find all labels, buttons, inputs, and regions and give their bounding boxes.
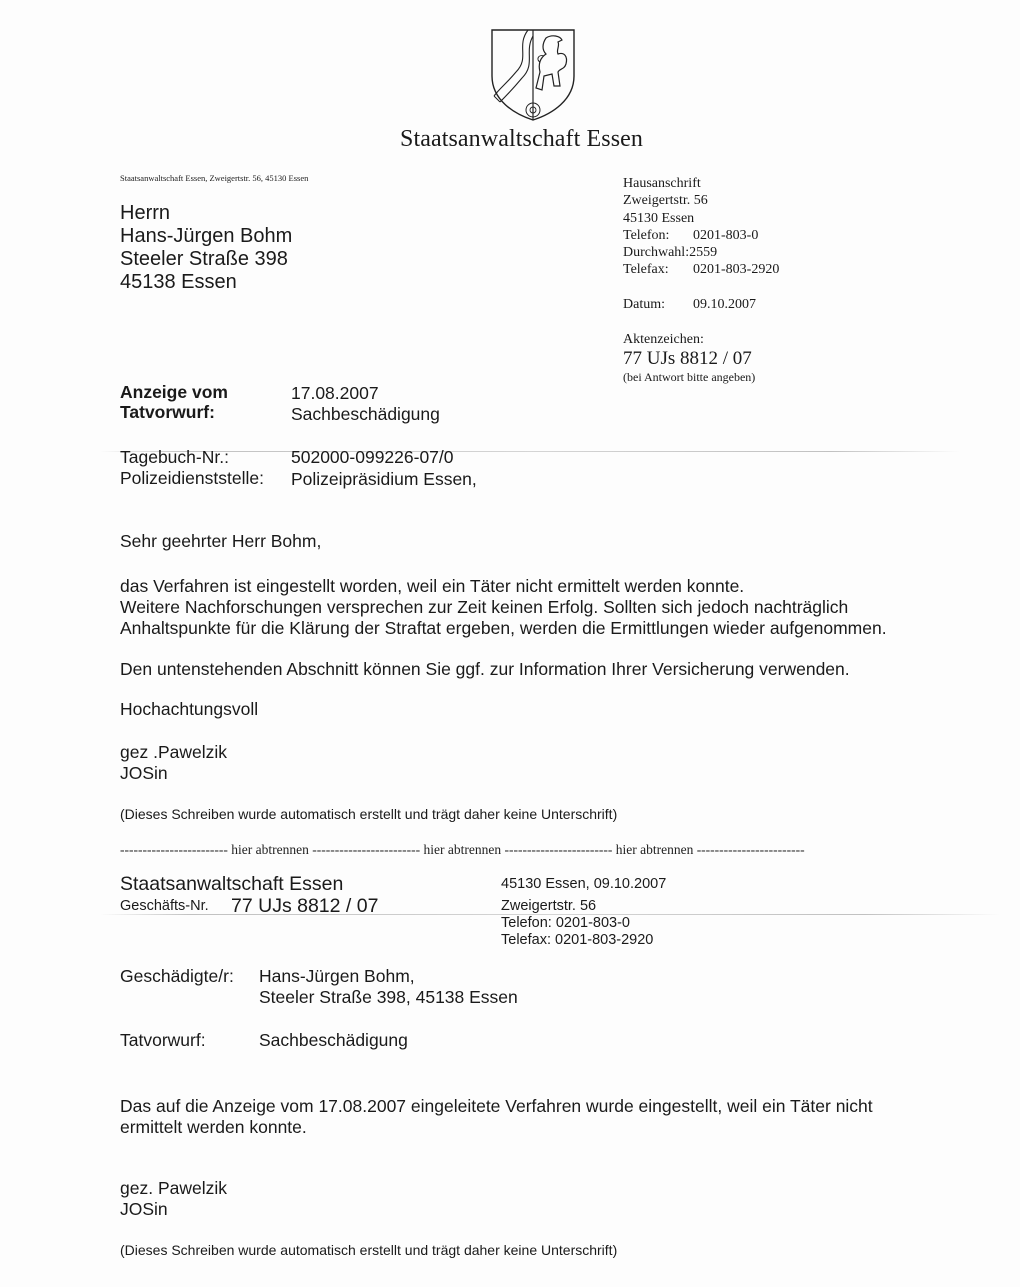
return-address: Staatsanwaltschaft Essen, Zweigertstr. 5… xyxy=(120,173,308,183)
letter-page: Staatsanwaltschaft Essen Staatsanwaltsch… xyxy=(0,0,1020,1287)
diary-label: Tagebuch-Nr.: xyxy=(120,447,229,468)
extension-label: Durchwahl: xyxy=(623,245,689,260)
reference-number: 77 UJs 8812 / 07 xyxy=(623,348,752,370)
auto-generated-note: (Dieses Schreiben wurde automatisch erst… xyxy=(120,806,617,822)
office-heading: Hausanschrift xyxy=(623,175,779,192)
slip-victim-label: Geschädigte/r: xyxy=(120,966,234,987)
scan-artifact-line xyxy=(100,451,960,452)
slip-charge: Sachbeschädigung xyxy=(259,1030,408,1051)
letter-date-row: Datum:09.10.2007 xyxy=(623,297,756,313)
slip-statement-line: ermittelt werden konnte. xyxy=(120,1117,873,1138)
recipient-address: Herrn Hans-Jürgen Bohm Steeler Straße 39… xyxy=(120,202,292,294)
greeting: Sehr geehrter Herr Bohm, xyxy=(120,531,321,552)
paragraph-2: Den untenstehenden Abschnitt können Sie … xyxy=(120,659,850,680)
slip-contact: Zweigertstr. 56 Telefon: 0201-803-0 Tele… xyxy=(501,898,653,949)
phone-label: Telefon: xyxy=(623,227,693,244)
report-label: Anzeige vom xyxy=(120,382,228,403)
signature: gez .Pawelzik JOSin xyxy=(120,742,227,784)
fax-label: Telefax: xyxy=(623,261,693,278)
date-value: 09.10.2007 xyxy=(693,297,756,312)
office-extension-row: Durchwahl:2559 xyxy=(623,244,779,261)
slip-file-label: Geschäfts-Nr. xyxy=(120,898,209,914)
scan-artifact-line xyxy=(100,914,1000,915)
slip-signature-name: gez. Pawelzik xyxy=(120,1178,227,1199)
office-phone-row: Telefon:0201-803-0 xyxy=(623,227,779,244)
police-label: Polizeidienststelle: xyxy=(120,468,264,489)
slip-victim: Hans-Jürgen Bohm, Steeler Straße 398, 45… xyxy=(259,966,518,1008)
slip-victim-name: Hans-Jürgen Bohm, xyxy=(259,966,518,987)
authority-title: Staatsanwaltschaft Essen xyxy=(400,126,643,153)
date-label: Datum: xyxy=(623,297,693,313)
slip-charge-label: Tatvorwurf: xyxy=(120,1030,206,1051)
slip-place-date: 45130 Essen, 09.10.2007 xyxy=(501,876,666,892)
recipient-city: 45138 Essen xyxy=(120,271,292,294)
office-city: 45130 Essen xyxy=(623,210,779,227)
slip-auto-generated-note: (Dieses Schreiben wurde automatisch erst… xyxy=(120,1242,617,1258)
office-fax-row: Telefax:0201-803-2920 xyxy=(623,261,779,278)
slip-authority: Staatsanwaltschaft Essen xyxy=(120,873,343,896)
slip-fax: Telefax: 0201-803-2920 xyxy=(501,932,653,949)
report-date: 17.08.2007 xyxy=(291,383,379,404)
charge-value: Sachbeschädigung xyxy=(291,404,440,425)
paragraph-1-line: Weitere Nachforschungen versprechen zur … xyxy=(120,597,887,618)
extension-value: 2559 xyxy=(689,245,717,260)
office-street: Zweigertstr. 56 xyxy=(623,192,779,209)
reference-note: (bei Antwort bitte angeben) xyxy=(623,370,755,385)
paragraph-1-line: Anhaltspunkte für die Klärung der Straft… xyxy=(120,618,887,639)
recipient-name: Hans-Jürgen Bohm xyxy=(120,225,292,248)
paragraph-1: das Verfahren ist eingestellt worden, we… xyxy=(120,576,887,639)
charge-label: Tatvorwurf: xyxy=(120,402,215,423)
slip-phone: Telefon: 0201-803-0 xyxy=(501,915,653,932)
slip-signature: gez. Pawelzik JOSin xyxy=(120,1178,227,1220)
paragraph-1-line: das Verfahren ist eingestellt worden, we… xyxy=(120,576,887,597)
signature-name: gez .Pawelzik xyxy=(120,742,227,763)
office-info: Hausanschrift Zweigertstr. 56 45130 Esse… xyxy=(623,175,779,279)
reference-label: Aktenzeichen: xyxy=(623,332,704,348)
slip-statement: Das auf die Anzeige vom 17.08.2007 einge… xyxy=(120,1096,873,1138)
phone-value: 0201-803-0 xyxy=(693,228,758,243)
signature-title: JOSin xyxy=(120,763,227,784)
slip-statement-line: Das auf die Anzeige vom 17.08.2007 einge… xyxy=(120,1096,873,1117)
cut-here-separator: ------------------------ hier abtrennen … xyxy=(120,842,805,858)
slip-signature-title: JOSin xyxy=(120,1199,227,1220)
recipient-salutation: Herrn xyxy=(120,202,292,225)
nrw-coat-of-arms-icon xyxy=(486,26,580,122)
slip-street: Zweigertstr. 56 xyxy=(501,898,653,915)
slip-victim-address: Steeler Straße 398, 45138 Essen xyxy=(259,987,518,1008)
recipient-street: Steeler Straße 398 xyxy=(120,248,292,271)
diary-number: 502000-099226-07/0 xyxy=(291,447,454,468)
police-station: Polizeipräsidium Essen, xyxy=(291,469,477,490)
closing: Hochachtungsvoll xyxy=(120,699,258,720)
fax-value: 0201-803-2920 xyxy=(693,262,779,277)
